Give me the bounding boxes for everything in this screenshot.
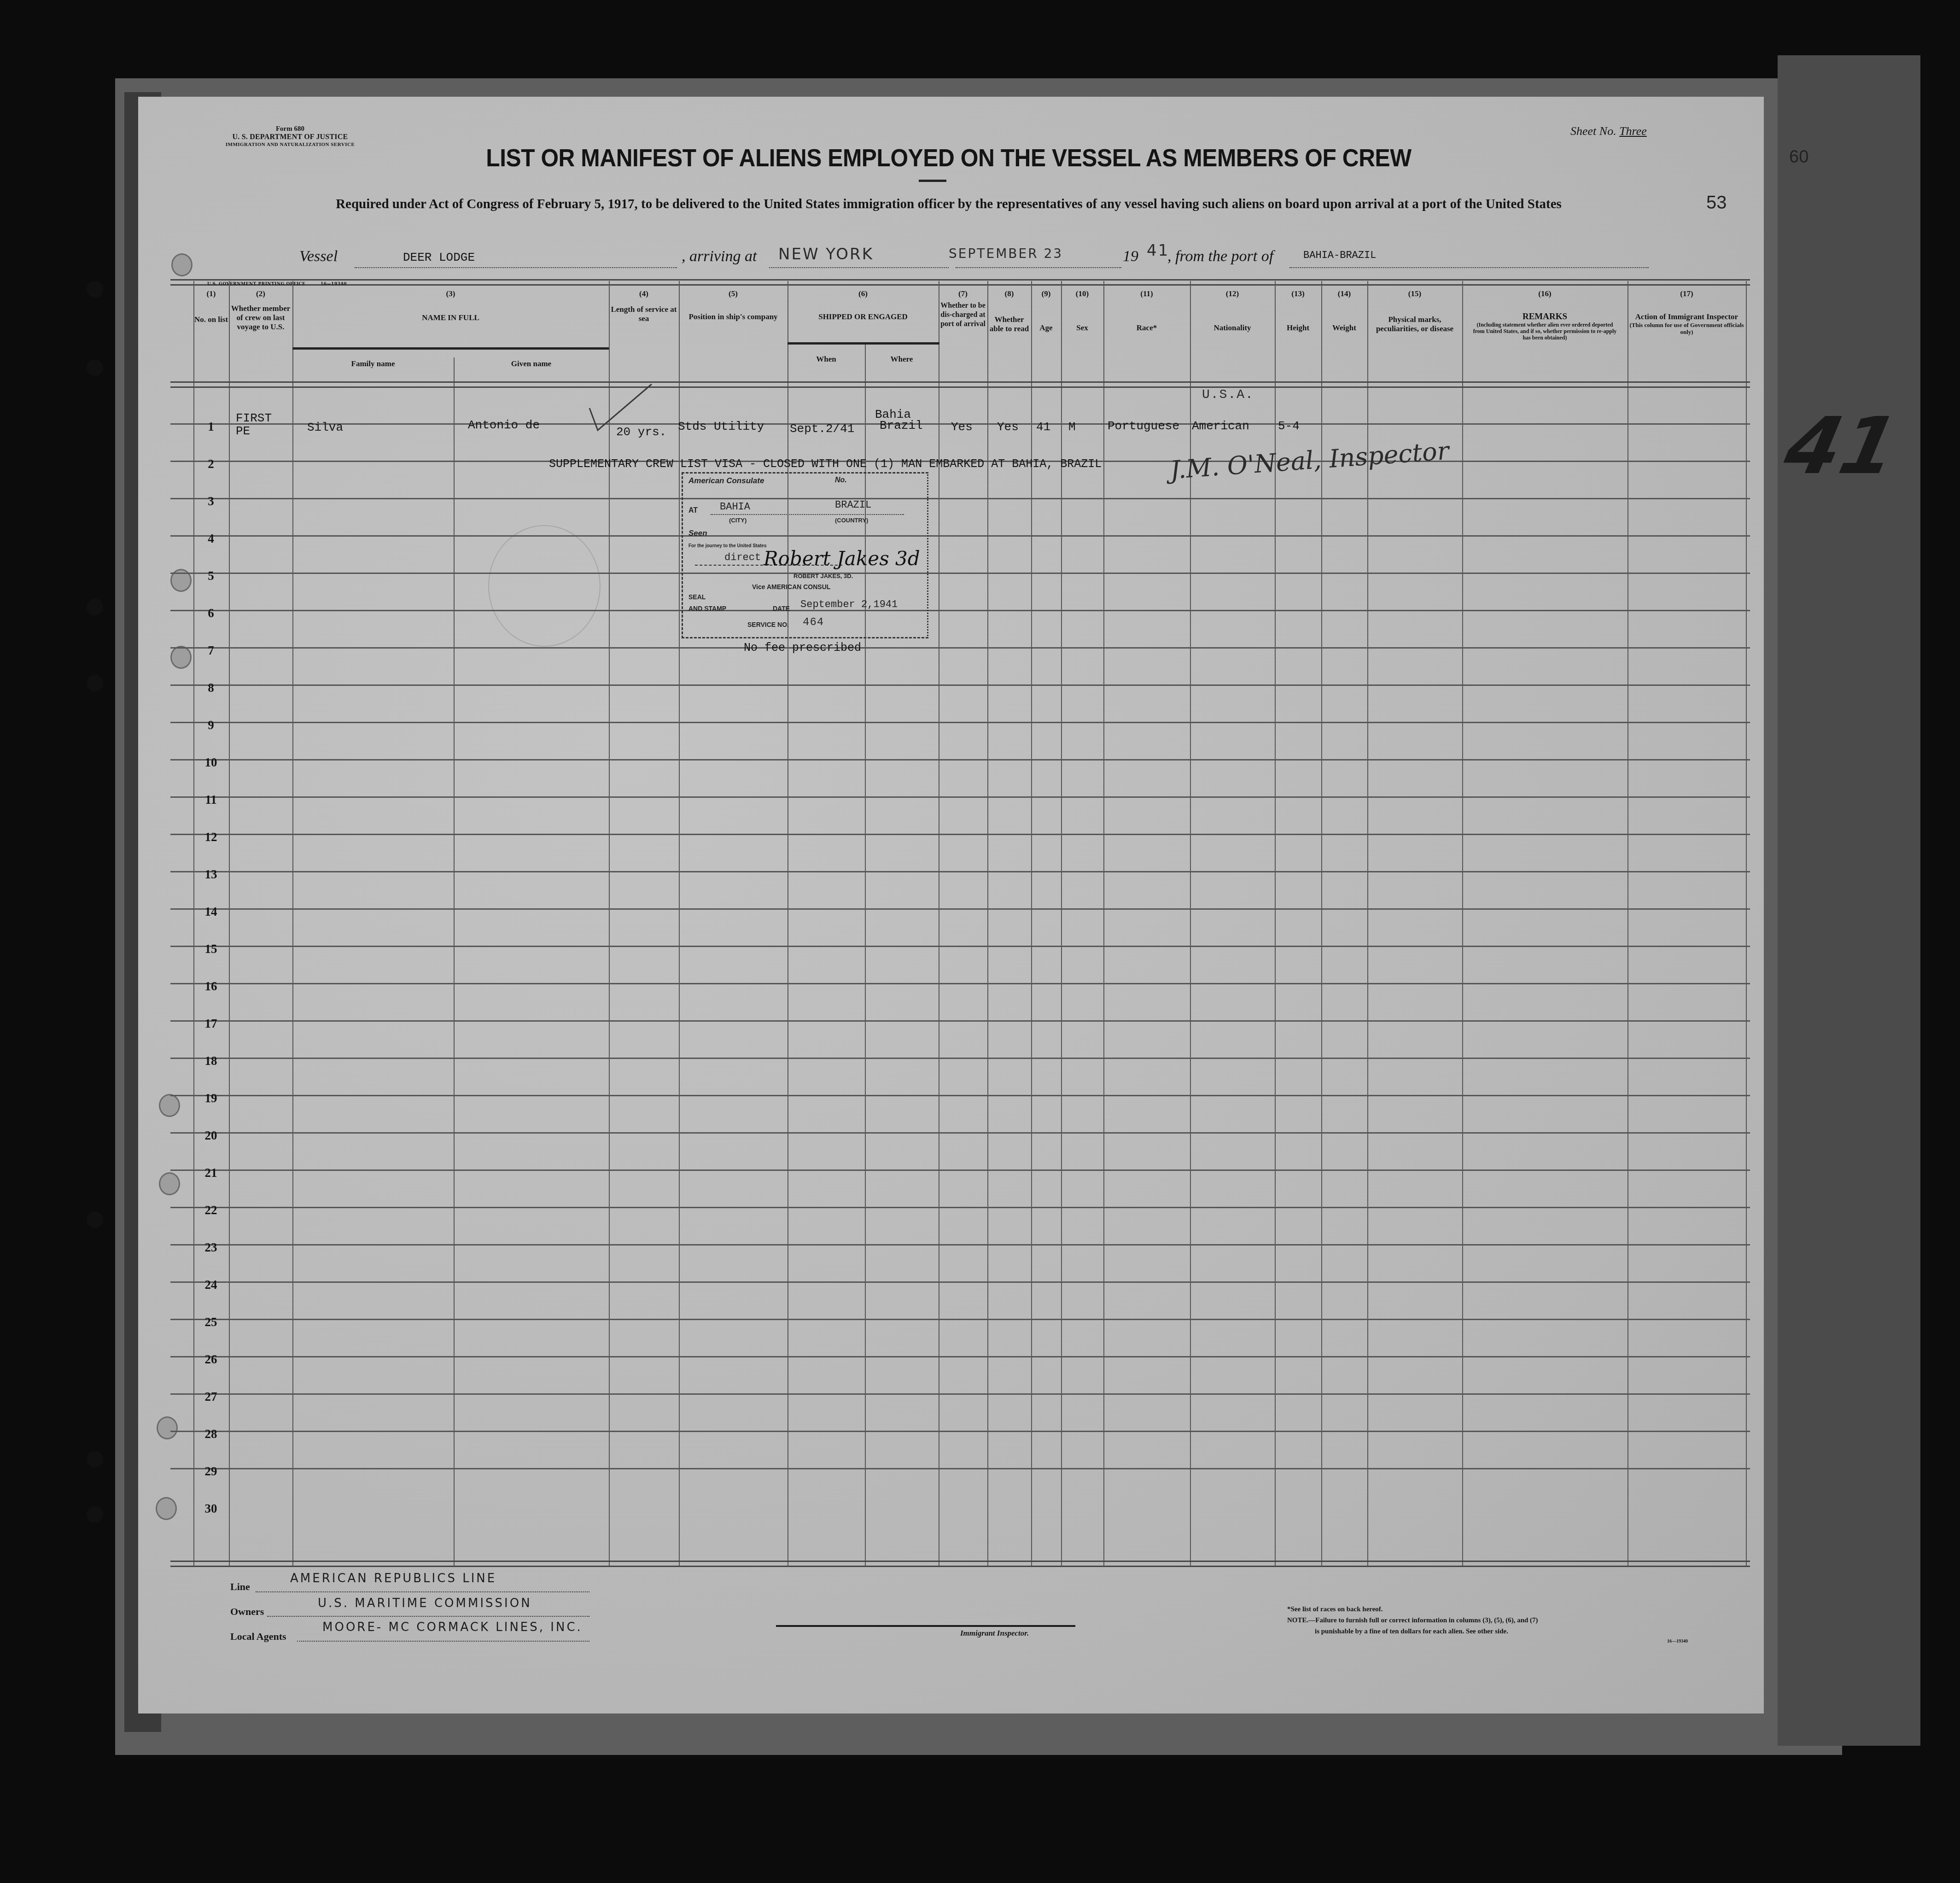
col-header-able-to-read: (8)Whether able to read [987,289,1031,333]
penalty-note-line-2: is punishable by a fine of ten dollars f… [1315,1626,1508,1637]
line-field-line [256,1591,589,1592]
stamp-country-label: (COUNTRY) [835,517,868,524]
supplementary-visa-note: SUPPLEMENTARY CREW LIST VISA - CLOSED WI… [549,457,1102,471]
row-divider [170,1431,1750,1432]
row-divider [170,871,1750,872]
consular-visa-stamp: American Consulate No. AT BAHIA BRAZIL (… [682,472,928,638]
owners-field-line [267,1616,589,1617]
row-divider [170,647,1750,649]
row-number: 9 [197,718,225,732]
back-page-edge-right [1778,55,1920,1746]
form-code: 16—19340 [1667,1636,1688,1647]
row-number: 8 [197,681,225,695]
cell-race: Portuguese [1108,419,1179,433]
vessel-label: Vessel [299,248,338,265]
row-divider [170,1244,1750,1246]
title-divider [919,180,946,182]
page-subtitle: Required under Act of Congress of Februa… [221,193,1676,215]
row-number: 14 [197,905,225,919]
binder-hole-icon [87,359,103,376]
row-number: 13 [197,867,225,882]
from-port-field[interactable]: BAHIA-BRAZIL [1303,250,1376,261]
row-number: 18 [197,1054,225,1068]
col-header-length-of-service: (4)Length of service at sea [609,289,679,323]
column-divider [1627,281,1628,1566]
stamp-journey-label: For the journey to the United States [688,544,766,549]
column-divider [1061,281,1062,1566]
col-header-no: (1)No. on list [193,289,229,324]
row-number: 28 [197,1427,225,1441]
column-divider [1746,281,1747,1566]
cell-age: 41 [1036,420,1050,434]
row-divider [170,610,1750,611]
row-number: 22 [197,1203,225,1217]
row-divider [170,573,1750,574]
row-divider [170,1020,1750,1022]
col-header-race: (11)Race* [1103,289,1190,333]
col-header-discharged: (7)Whether to be dis-charged at port of … [939,289,987,329]
cell-able-to-read: Yes [997,420,1019,434]
vessel-info-line: Vessel DEER LODGE , arriving at NEW YORK… [299,248,1750,271]
cell-height: 5-4 [1278,419,1300,433]
printer-imprint: U.S. GOVERNMENT PRINTING OFFICE 16—19340 [207,282,347,287]
stamp-at-line [711,514,904,515]
row-divider [170,722,1750,723]
row-divider [170,684,1750,686]
consul-signature: Robert Jakes 3d [764,547,920,570]
row-number: 16 [197,979,225,994]
stamp-city: BAHIA [720,501,750,513]
col-header-age: (9)Age [1031,289,1061,333]
service-name: IMMIGRATION AND NATURALIZATION SERVICE [198,141,382,149]
stamp-date: September 2,1941 [800,599,898,610]
stamp-seal-label: SEAL [688,593,706,601]
cell-family-name: Silva [307,421,343,434]
cell-nationality: American [1192,419,1249,433]
column-divider [609,281,610,1566]
line-label: Line [230,1581,250,1593]
owners-label: Owners [230,1606,264,1618]
agents-field-line [297,1641,589,1642]
cell-nationality-annotation: U.S.A. [1202,388,1254,402]
cell-discharged: Yes [951,420,973,434]
table-bottom-rule [170,1561,1750,1567]
binder-hole-icon [87,1506,103,1523]
name-subheader-rule [292,347,609,350]
column-divider [1103,281,1104,1566]
row-divider [170,946,1750,947]
local-agents-label: Local Agents [230,1631,286,1643]
row-divider [170,1132,1750,1134]
col-header-height: (13)Height [1275,289,1321,333]
from-port-label: , from the port of [1167,248,1273,265]
binder-hole-icon [87,675,103,691]
race-footnote: *See list of races on back hereof. [1287,1604,1383,1615]
col-subheader-given-name: Given name [454,359,609,368]
form-number: Form 680 [198,125,382,133]
col-header-physical-marks: (15)Physical marks, peculiarities, or di… [1367,289,1462,333]
cell-sex: M [1068,420,1076,434]
column-divider [292,281,293,1566]
col-header-weight: (14)Weight [1321,289,1367,333]
punch-hole-icon [171,253,192,276]
col-subheader-where: Where [865,355,939,364]
column-divider [1367,281,1368,1566]
immigrant-inspector-label: Immigrant Inspector. [960,1629,1029,1638]
column-divider [939,281,939,1566]
cell-shipped-when: Sept.2/41 [790,422,854,436]
row-divider [170,1207,1750,1208]
archive-page-number: 60 [1789,147,1808,167]
stamp-header: American Consulate [688,476,764,485]
stamp-country: BRAZIL [835,499,871,511]
row-divider [170,796,1750,798]
stamp-at-label: AT [688,507,698,515]
owners-field[interactable]: U.S. MARITIME COMMISSION [318,1596,532,1610]
arriving-label: , arriving at [682,248,757,265]
row-number: 11 [197,793,225,807]
col-header-shipped: (6)SHIPPED OR ENGAGED [787,289,939,322]
col-header-inspector-action: (17)Action of Immigrant Inspector(This c… [1627,289,1746,335]
column-divider [229,281,230,1566]
stamp-seen-label: Seen [688,529,707,538]
col-header-sex: (10)Sex [1061,289,1103,333]
line-field[interactable]: AMERICAN REPUBLICS LINE [290,1572,496,1585]
row-number: 24 [197,1278,225,1292]
cell-position: Stds Utility [678,420,764,433]
sheet-number-value: Three [1619,124,1647,138]
row-number: 6 [197,606,225,620]
col-header-name: (3)NAME IN FULL [292,289,609,322]
cell-last-voyage: FIRSTPE [236,412,272,438]
row-divider [170,1170,1750,1171]
row-divider [170,908,1750,910]
stamp-via: direct [724,552,761,563]
row-divider [170,1281,1750,1283]
row-divider [170,535,1750,537]
row-number: 20 [197,1129,225,1143]
row-divider [170,498,1750,499]
binder-hole-icon [87,1211,103,1228]
inspector-signature-line [776,1625,1075,1627]
row-divider [170,983,1750,984]
column-divider [1031,281,1032,1566]
row-number: 25 [197,1315,225,1329]
stamp-service-label: SERVICE NO. [747,621,789,628]
header-bottom-rule [170,381,1750,388]
row-number: 10 [197,755,225,770]
col-subheader-family-name: Family name [292,359,454,368]
column-divider [193,281,194,1566]
row-divider [170,759,1750,760]
cell-length-of-service: 20 yrs. [616,425,666,439]
row-number: 23 [197,1240,225,1255]
column-divider [987,281,988,1566]
column-divider [679,281,680,1566]
arrival-year-field[interactable]: 41 [1147,241,1169,260]
stamp-and-stamp-label: AND STAMP [688,605,726,612]
archive-side-number: 53 [1706,193,1727,213]
row-number: 15 [197,942,225,956]
row-number: 17 [197,1017,225,1031]
from-port-field-line [1289,267,1649,268]
col-header-position: (5)Position in ship's company [679,289,787,322]
stamp-no-label: No. [835,476,847,485]
cell-given-name: Antonio de [468,418,540,432]
inspector-signature: J.M. O'Neal, Inspector [1169,436,1450,485]
stamp-date-label: DATE [773,605,790,612]
arrival-date-field[interactable]: SEPTEMBER 23 [949,246,1063,261]
row-number: 1 [197,420,225,434]
row-number: 19 [197,1091,225,1105]
row-number: 29 [197,1464,225,1479]
row-number: 4 [197,532,225,546]
embossed-seal-icon [488,525,601,647]
date-field-line [956,267,1121,268]
row-number: 3 [197,494,225,509]
page-title: LIST OR MANIFEST OF ALIENS EMPLOYED ON T… [483,144,1415,172]
column-divider [1462,281,1463,1566]
binder-hole-icon [87,599,103,615]
department-name: U. S. DEPARTMENT OF JUSTICE [198,133,382,141]
row-divider [170,1095,1750,1096]
row-divider [170,1356,1750,1357]
arriving-field-line [769,267,949,268]
row-number: 30 [197,1502,225,1516]
col-header-last-voyage: (2)Whether member of crew on last voyage… [229,289,292,332]
margin-mark: 41 [1777,401,1906,492]
row-number: 7 [197,643,225,658]
row-number: 12 [197,830,225,844]
row-number: 26 [197,1352,225,1367]
sheet-number: Sheet No. Three [1570,124,1647,138]
binder-hole-icon [87,1451,103,1468]
cell-shipped-where: BahiaBrazil [875,409,923,431]
stamp-service-number: 464 [803,616,824,629]
col-subheader-when: When [787,355,865,364]
row-number: 27 [197,1390,225,1404]
stamp-city-label: (CITY) [729,517,747,524]
form-identifier: Form 680 U. S. DEPARTMENT OF JUSTICE IMM… [198,125,382,149]
consul-name: ROBERT JAKES, 3D. [793,573,853,579]
col-header-remarks: (16)REMARKS(Including statement whether … [1462,289,1627,341]
row-divider [170,1058,1750,1059]
row-divider [170,834,1750,835]
row-divider [170,1468,1750,1469]
crew-manifest-table: U.S. GOVERNMENT PRINTING OFFICE 16—19340… [170,275,1750,1565]
table-top-rule [170,279,1750,286]
row-number: 2 [197,457,225,471]
fee-note: No fee prescribed [744,641,861,655]
shipped-subheader-rule [787,342,939,345]
local-agents-field[interactable]: MOORE- MC CORMACK LINES, INC. [322,1620,583,1634]
row-number: 21 [197,1166,225,1180]
consul-title: Vice AMERICAN CONSUL [752,583,830,591]
vessel-field-line [355,267,677,268]
sheet-number-label: Sheet No. [1570,124,1616,138]
column-divider [454,357,455,1566]
penalty-note-line-1: NOTE.—Failure to furnish full or correct… [1287,1615,1538,1626]
row-divider [170,1319,1750,1320]
arriving-port-field[interactable]: NEW YORK [778,245,874,263]
row-divider [170,1393,1750,1395]
vessel-name-field[interactable]: DEER LODGE [403,251,475,264]
row-number: 5 [197,569,225,583]
year-prefix: 19 [1123,248,1138,265]
col-header-nationality: (12)Nationality [1190,289,1275,333]
binder-hole-icon [87,281,103,298]
